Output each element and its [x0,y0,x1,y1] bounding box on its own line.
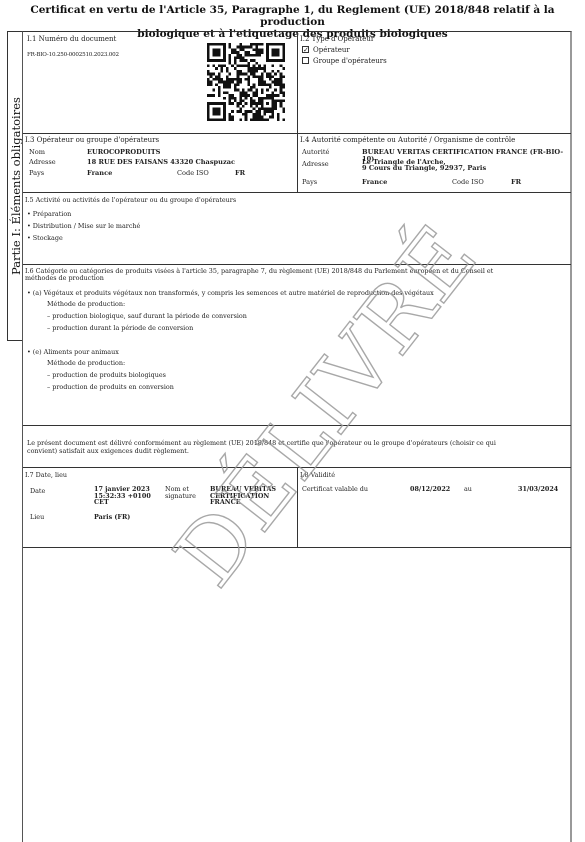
date-label: Date [30,487,45,495]
to-label: au [464,485,472,493]
date-value: 17 janvier 2023 15:32:33 +0100 CET [94,486,151,506]
iso-value: FR [235,170,245,177]
section-heading: I.8 Validité [300,471,335,479]
section-heading: I.7 Date, lieu [25,471,67,479]
method-item: – production de produits biologiques [47,371,166,379]
category-title: • (e) Aliments pour animaux [27,348,119,356]
section-operator-type: I.2 Type d'Opérateur Opérateur Groupe d'… [298,32,571,134]
place-value: Paris (FR) [94,513,130,521]
address-label: Adresse [29,159,56,166]
activity-item: • Stockage [27,234,63,242]
section-heading: I.4 Autorité compétente ou Autorité / Or… [300,136,515,145]
method-item: – production biologique, sauf durant la … [47,312,247,320]
section-authority: I.4 Autorité compétente ou Autorité / Or… [298,134,571,193]
address-line-2: 9 Cours du Triangle, 92937, Paris [362,165,486,172]
document-number: FR-BIO-10.250-0002510.2023.002 [27,52,119,58]
section-heading: I.5 Activité ou activités de l'opérateur… [25,196,236,204]
section-heading: I.1 Numéro du document [27,35,116,44]
method-item: – production durant la période de conver… [47,324,193,332]
name-value: EUROCOPRODUITS [87,149,160,156]
timezone-line: CET [94,499,151,506]
method-item: – production de produits en conversion [47,383,174,391]
section-heading: I.2 Type d'Opérateur [300,35,374,44]
section-statement: Le présent document est délivré conformé… [23,426,571,468]
signature-value: BUREAU VERITAS CERTIFICATION FRANCE [210,486,276,506]
activity-item: • Distribution / Mise sur le marché [27,222,140,230]
country-label: Pays [29,170,44,177]
heading-line-2: méthodes de production [25,275,493,282]
option-label: Opérateur [313,46,350,54]
address-value: 18 RUE DES FAISANS 43320 Chaspuzac [87,159,235,166]
signature-label: Nom et signature [165,486,196,499]
country-value: France [87,170,112,177]
option-operator-group[interactable]: Groupe d'opérateurs [302,57,387,66]
iso-label: Code ISO [177,170,209,177]
option-label: Groupe d'opérateurs [313,57,387,65]
method-label: Méthode de production: [47,300,125,308]
iso-value: FR [511,179,521,186]
checkbox-checked-icon[interactable] [302,46,309,53]
activity-item: • Préparation [27,210,71,218]
place-label: Lieu [30,513,44,521]
part-label: Partie I: Éléments obligatoires [9,97,23,275]
section-validity: I.8 Validité Certificat valable du 08/12… [298,468,571,548]
signature-label-line: signature [165,493,196,500]
country-value: France [362,179,387,186]
method-label: Méthode de production: [47,359,125,367]
checkbox-empty-icon[interactable] [302,57,309,64]
certificate-frame: I.1 Numéro du document FR-BIO-10.250-000… [22,31,572,842]
qr-code-icon [207,42,285,122]
section-activities: I.5 Activité ou activités de l'opérateur… [23,193,571,265]
title-line-1: Certificat en vertu de l'Article 35, Par… [0,4,585,28]
signature-line: FRANCE [210,499,276,506]
valid-from: 08/12/2022 [410,485,450,493]
section-operator: I.3 Opérateur ou groupe d'opérateurs Nom… [23,134,298,193]
side-label-box: Partie I: Éléments obligatoires [7,31,23,341]
country-label: Pays [302,179,317,186]
category-title: • (a) Végétaux et produits végétaux non … [27,289,434,297]
section-product-categories: I.6 Catégorie ou catégories de produits … [23,265,571,426]
section-date-place: I.7 Date, lieu Date 17 janvier 2023 15:3… [23,468,298,548]
valid-to: 31/03/2024 [518,485,558,493]
statement-line-2: convient) satisfait aux exigences dudit … [27,448,496,456]
address-label: Adresse [302,161,329,168]
section-heading: I.3 Opérateur ou groupe d'opérateurs [25,136,159,145]
iso-label: Code ISO [452,179,484,186]
name-label: Nom [29,149,45,156]
section-heading: I.6 Catégorie ou catégories de produits … [25,268,493,282]
validity-label: Certificat valable du [302,485,368,493]
authority-label: Autorité [302,149,329,156]
statement-text: Le présent document est délivré conformé… [27,440,496,455]
option-operator[interactable]: Opérateur [302,46,350,55]
